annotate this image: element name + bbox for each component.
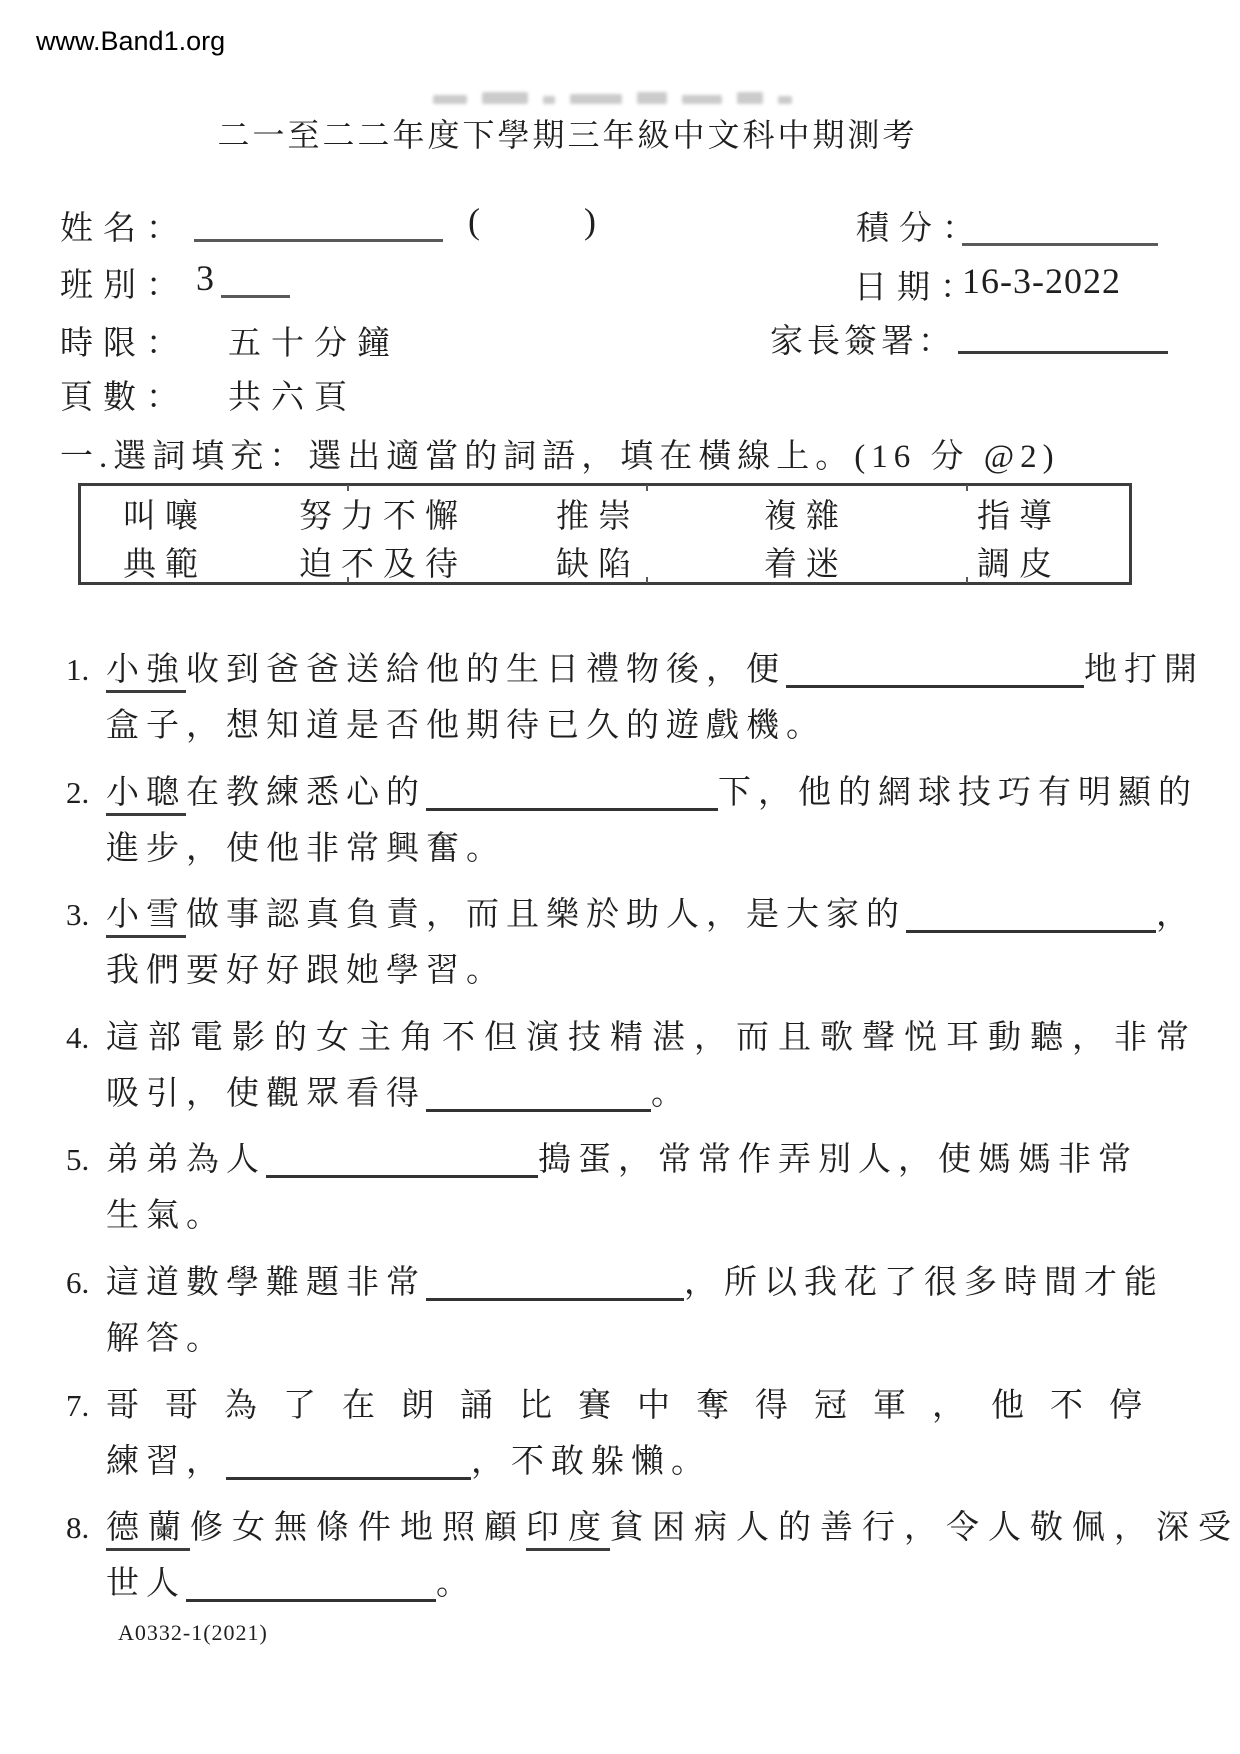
text-segment: 練習， bbox=[106, 1444, 226, 1480]
question-number: 6. bbox=[66, 1255, 106, 1367]
text-segment: 這道數學難題非常 bbox=[106, 1265, 426, 1301]
text-segment: ， bbox=[1156, 897, 1196, 933]
text-segment: 弟弟為人 bbox=[106, 1142, 266, 1178]
text-segment: 。 bbox=[651, 1076, 691, 1112]
time-value: 五十分鐘 bbox=[228, 317, 400, 364]
watermark: www.Band1.org bbox=[36, 26, 225, 57]
pages-value: 共六頁 bbox=[228, 371, 357, 418]
word-bank-cell: 推崇 bbox=[556, 490, 764, 537]
question-number: 8. bbox=[66, 1500, 106, 1612]
fill-blank bbox=[426, 1271, 684, 1301]
class-value: 3 bbox=[196, 257, 215, 299]
question-number: 1. bbox=[66, 642, 106, 754]
question-number: 2. bbox=[66, 765, 106, 877]
text-segment: 地打開 bbox=[1084, 652, 1204, 688]
class-blank bbox=[221, 262, 290, 298]
class-number-paren-open: ( bbox=[468, 200, 480, 242]
name-blank bbox=[194, 208, 443, 242]
question-5: 5. 弟弟為人搗蛋，常常作弄別人，使媽媽非常 生氣。 bbox=[66, 1132, 1196, 1244]
text-segment: 解答。 bbox=[106, 1321, 226, 1357]
paper-code: A0332-1(2021) bbox=[118, 1620, 268, 1646]
text-segment: 生氣。 bbox=[106, 1198, 226, 1234]
text-segment: 修女無條件地照顧 bbox=[190, 1510, 526, 1546]
exam-paper-page: www.Band1.org 二一至二二年度下學期三年級中文科中期測考 姓名： (… bbox=[0, 0, 1240, 1754]
text-segment: 做事認真負責，而且樂於助人，是大家的 bbox=[186, 897, 906, 933]
parent-signature-label: 家長簽署： bbox=[770, 315, 955, 362]
word-bank-cell: 着迷 bbox=[764, 538, 977, 585]
fill-blank bbox=[426, 781, 718, 811]
redacted-school-name bbox=[433, 88, 803, 104]
underlined-name: 小雪 bbox=[106, 897, 186, 938]
text-segment: 貧困病人的善行，令人敬佩，深受 bbox=[610, 1510, 1240, 1546]
question-number: 5. bbox=[66, 1132, 106, 1244]
question-text: 哥哥為了在朗誦比賽中奪得冠軍，他不停 練習，，不敢躲懶。 bbox=[106, 1378, 1196, 1490]
question-7: 7. 哥哥為了在朗誦比賽中奪得冠軍，他不停 練習，，不敢躲懶。 bbox=[66, 1378, 1196, 1490]
question-text: 小雪做事認真負責，而且樂於助人，是大家的， 我們要好好跟她學習。 bbox=[106, 887, 1196, 999]
text-segment: 盒子，想知道是否他期待已久的遊戲機。 bbox=[106, 708, 826, 744]
text-segment: 我們要好好跟她學習。 bbox=[106, 953, 506, 989]
text-segment: ，不敢躲懶。 bbox=[471, 1444, 711, 1480]
word-bank-cell: 叫嚷 bbox=[123, 490, 299, 537]
question-text: 這部電影的女主角不但演技精湛，而且歌聲悦耳動聽，非常 吸引，使觀眾看得。 bbox=[106, 1010, 1198, 1122]
word-bank: 叫嚷 努力不懈 推崇 複雜 指導 典範 迫不及待 缺陷 着迷 調皮 bbox=[78, 483, 1132, 585]
text-segment: 下，他的網球技巧有明顯的 bbox=[718, 775, 1198, 811]
underlined-name: 印度 bbox=[526, 1510, 610, 1551]
question-text: 小強收到爸爸送給他的生日禮物後，便地打開 盒子，想知道是否他期待已久的遊戲機。 bbox=[106, 642, 1204, 754]
fill-blank bbox=[226, 1450, 471, 1480]
date-value: 16-3-2022 bbox=[962, 260, 1121, 302]
word-bank-cell: 指導 bbox=[977, 490, 1129, 537]
word-bank-cell: 迫不及待 bbox=[299, 538, 556, 585]
underlined-name: 德蘭 bbox=[106, 1510, 190, 1551]
pages-label: 頁數： bbox=[60, 371, 189, 418]
class-number-paren-close: ) bbox=[584, 200, 596, 242]
question-text: 小聰在教練悉心的下，他的網球技巧有明顯的 進步，使他非常興奮。 bbox=[106, 765, 1198, 877]
exam-title: 二一至二二年度下學期三年級中文科中期測考 bbox=[0, 110, 1135, 156]
fill-blank bbox=[906, 903, 1156, 933]
score-blank bbox=[962, 212, 1158, 246]
text-segment: 在教練悉心的 bbox=[186, 775, 426, 811]
fill-blank bbox=[426, 1082, 651, 1112]
question-number: 4. bbox=[66, 1010, 106, 1122]
underlined-name: 小強 bbox=[106, 652, 186, 693]
text-segment: 吸引，使觀眾看得 bbox=[106, 1076, 426, 1112]
text-segment: 世人 bbox=[106, 1566, 186, 1602]
question-1: 1. 小強收到爸爸送給他的生日禮物後，便地打開 盒子，想知道是否他期待已久的遊戲… bbox=[66, 642, 1196, 754]
time-label: 時限： bbox=[60, 317, 189, 364]
question-4: 4. 這部電影的女主角不但演技精湛，而且歌聲悦耳動聽，非常 吸引，使觀眾看得。 bbox=[66, 1010, 1196, 1122]
fill-blank bbox=[786, 658, 1084, 688]
word-bank-cell: 缺陷 bbox=[556, 538, 764, 585]
question-3: 3. 小雪做事認真負責，而且樂於助人，是大家的， 我們要好好跟她學習。 bbox=[66, 887, 1196, 999]
word-bank-cell: 複雜 bbox=[764, 490, 977, 537]
fill-blank bbox=[266, 1148, 538, 1178]
text-segment: 。 bbox=[436, 1566, 476, 1602]
question-2: 2. 小聰在教練悉心的下，他的網球技巧有明顯的 進步，使他非常興奮。 bbox=[66, 765, 1196, 877]
text-segment: 哥哥為了在朗誦比賽中奪得冠軍，他不停 bbox=[106, 1388, 1168, 1424]
text-segment: 進步，使他非常興奮。 bbox=[106, 831, 506, 867]
question-text: 德蘭修女無條件地照顧印度貧困病人的善行，令人敬佩，深受 世人。 bbox=[106, 1500, 1240, 1612]
section-heading: 一.選詞填充：選出適當的詞語，填在橫線上。(16 分 @2) bbox=[60, 430, 1060, 477]
text-segment: ，所以我花了很多時間才能 bbox=[684, 1265, 1164, 1301]
question-8: 8. 德蘭修女無條件地照顧印度貧困病人的善行，令人敬佩，深受 世人。 bbox=[66, 1500, 1196, 1612]
word-bank-cell: 典範 bbox=[123, 538, 299, 585]
word-bank-cell: 努力不懈 bbox=[299, 490, 556, 537]
fill-blank bbox=[186, 1572, 436, 1602]
question-text: 弟弟為人搗蛋，常常作弄別人，使媽媽非常 生氣。 bbox=[106, 1132, 1196, 1244]
word-bank-cell: 調皮 bbox=[977, 538, 1129, 585]
question-6: 6. 這道數學難題非常，所以我花了很多時間才能 解答。 bbox=[66, 1255, 1196, 1367]
question-number: 3. bbox=[66, 887, 106, 999]
text-segment: 這部電影的女主角不但演技精湛，而且歌聲悦耳動聽，非常 bbox=[106, 1020, 1198, 1056]
parent-signature-blank bbox=[958, 318, 1168, 354]
underlined-name: 小聰 bbox=[106, 775, 186, 816]
text-segment: 搗蛋，常常作弄別人，使媽媽非常 bbox=[538, 1142, 1138, 1178]
name-label: 姓名： bbox=[60, 202, 189, 249]
question-number: 7. bbox=[66, 1378, 106, 1490]
question-text: 這道數學難題非常，所以我花了很多時間才能 解答。 bbox=[106, 1255, 1196, 1367]
text-segment: 收到爸爸送給他的生日禮物後，便 bbox=[186, 652, 786, 688]
class-label: 班別： bbox=[60, 259, 189, 306]
